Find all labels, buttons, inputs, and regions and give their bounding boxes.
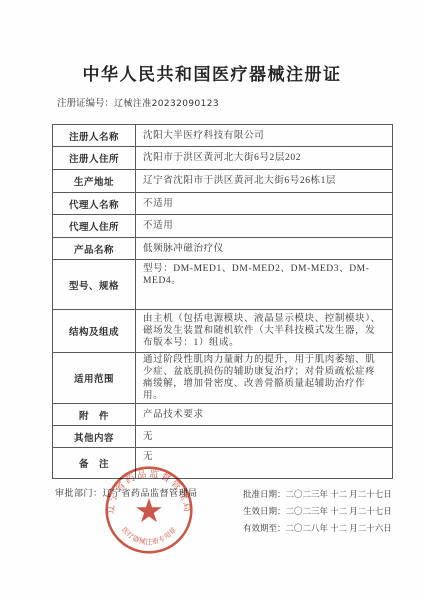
star-icon: ★ — [134, 491, 164, 530]
table-row: 产品名称 低频脉冲磁治疗仪 — [53, 238, 393, 260]
row-label: 代理人住所 — [53, 215, 136, 238]
row-label: 结构及组成 — [53, 310, 136, 353]
table-row: 其他内容 无 — [53, 426, 393, 448]
date-block: 批准日期：二〇二三年 十二 月二十七日 生效日期：二〇二三年 十二 月二十七日 … — [243, 486, 392, 537]
page-title: 中华人民共和国医疗器械注册证 — [0, 60, 424, 85]
row-value: 沈阳大半医疗科技有限公司 — [136, 125, 393, 147]
cert-number-value: 辽械注准20232090123 — [114, 99, 219, 109]
table-row: 代理人名称 不适用 — [53, 193, 393, 215]
table-row: 注册人住所 沈阳市于洪区黄河北大街6号2层202 — [53, 147, 393, 170]
approval-date: 批准日期：二〇二三年 十二 月二十七日 — [243, 486, 392, 503]
row-value: 无 — [136, 426, 393, 448]
cert-number-line: 注册证编号：辽械注准20232090123 — [57, 95, 219, 109]
row-label: 型号、规格 — [53, 260, 136, 310]
table-row: 注册人名称 沈阳大半医疗科技有限公司 — [53, 125, 393, 147]
row-label: 产品名称 — [53, 238, 136, 260]
row-label: 其他内容 — [53, 426, 136, 448]
official-stamp: ★ 辽宁省药品监督管理局 医疗器械注册专用章 — [103, 464, 195, 556]
table-row: 适用范围 通过阶段性肌肉力量耐力的提升，用于肌肉萎缩、肌少症、盆底肌损伤的辅助康… — [53, 353, 393, 404]
certificate-table: 注册人名称 沈阳大半医疗科技有限公司 注册人住所 沈阳市于洪区黄河北大街6号2层… — [52, 124, 393, 479]
table-row: 代理人住所 不适用 — [53, 215, 393, 238]
row-value: 由主机（包括电源模块、液晶显示模块、控制模块）、磁场发生装置和随机软件（大半科技… — [136, 310, 393, 353]
row-label: 代理人名称 — [53, 193, 136, 215]
row-value: 通过阶段性肌肉力量耐力的提升，用于肌肉萎缩、肌少症、盆底肌损伤的辅助康复治疗；对… — [136, 353, 393, 404]
row-label: 生产地址 — [53, 170, 136, 193]
cert-number-label: 注册证编号： — [57, 99, 114, 109]
row-value: 沈阳市于洪区黄河北大街6号2层202 — [136, 147, 393, 170]
row-value: 辽宁省沈阳市于洪区黄河北大街6号26栋1层 — [136, 170, 393, 193]
row-value: 低频脉冲磁治疗仪 — [136, 238, 393, 260]
row-label: 注册人名称 — [53, 125, 136, 147]
row-label: 注册人住所 — [53, 147, 136, 170]
row-value: 产品技术要求 — [136, 404, 393, 426]
row-label: 适用范围 — [53, 353, 136, 404]
row-value: 型号：DM-MED1、DM-MED2、DM-MED3、DM-MED4。 — [136, 260, 393, 310]
table-row: 型号、规格 型号：DM-MED1、DM-MED2、DM-MED3、DM-MED4… — [53, 260, 393, 310]
row-value: 不适用 — [136, 193, 393, 215]
effective-date: 生效日期：二〇二三年 十二 月二十七日 — [243, 503, 392, 520]
table-row: 生产地址 辽宁省沈阳市于洪区黄河北大街6号26栋1层 — [53, 170, 393, 193]
table-row: 附 件 产品技术要求 — [53, 404, 393, 426]
table-row: 结构及组成 由主机（包括电源模块、液晶显示模块、控制模块）、磁场发生装置和随机软… — [53, 310, 393, 353]
row-value: 不适用 — [136, 215, 393, 238]
expiry-date: 有效期至：二〇二八年 十二 月二十六日 — [243, 520, 392, 537]
certificate-page: 中华人民共和国医疗器械注册证 注册证编号：辽械注准20232090123 注册人… — [0, 0, 424, 600]
row-label: 附 件 — [53, 404, 136, 426]
